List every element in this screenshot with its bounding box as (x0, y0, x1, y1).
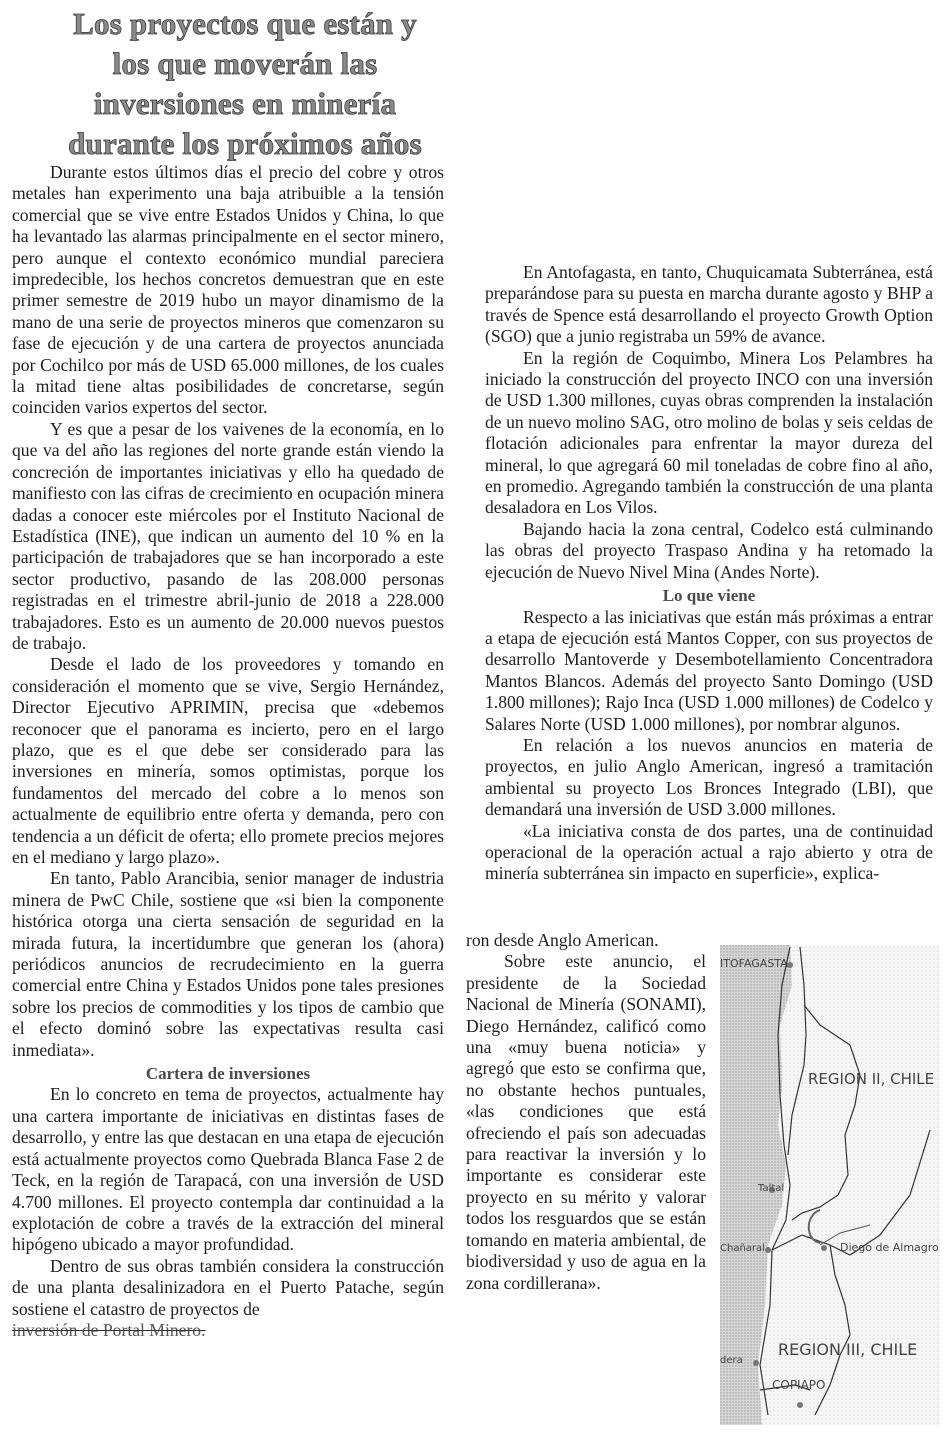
paragraph: En Antofagasta, en tanto, Chuquicamata S… (485, 262, 933, 348)
paragraph: Respecto a las iniciativas que están más… (485, 607, 933, 735)
paragraph: Sobre este anuncio, el presidente de la … (466, 951, 706, 1294)
paragraph: En relación a los nuevos anuncios en mat… (485, 735, 933, 821)
paragraph: Bajando hacia la zona central, Codelco e… (485, 519, 933, 583)
label-diego-de-almagro: Diego de Almagro (840, 1241, 939, 1254)
label-copiapo: COPIAPO (772, 1378, 826, 1392)
label-region-ii: REGION II, CHILE (808, 1070, 934, 1088)
headline-line: Los proyectos que están y (40, 4, 450, 44)
subhead-lo-que-viene: Lo que viene (485, 585, 933, 606)
label-caldera: dera (720, 1355, 743, 1366)
paragraph: Dentro de sus obras también considera la… (12, 1256, 444, 1320)
city-marker (821, 1245, 827, 1251)
city-marker (753, 1360, 759, 1366)
label-chanaral: Chañaral (720, 1243, 765, 1254)
headline: Los proyectos que están y los que moverá… (40, 4, 450, 164)
label-taltal: Taltal (758, 1183, 784, 1194)
headline-line: los que moverán las (40, 44, 450, 84)
struck-line: inversión de Portal Minero. (12, 1320, 444, 1341)
region-map: ITOFAGASTA REGION II, CHILE Taltal Chaña… (720, 945, 940, 1425)
label-antofagasta: ITOFAGASTA (720, 957, 788, 970)
headline-line: durante los próximos años (40, 124, 450, 164)
paragraph: «La iniciativa consta de dos partes, una… (485, 821, 933, 885)
right-column: En Antofagasta, en tanto, Chuquicamata S… (485, 262, 933, 885)
paragraph: En la región de Coquimbo, Minera Los Pel… (485, 348, 933, 519)
label-region-iii: REGION III, CHILE (778, 1340, 917, 1359)
paragraph: Durante estos últimos días el precio del… (12, 162, 444, 419)
right-narrow-column: ron desde Anglo American. Sobre este anu… (466, 930, 706, 1294)
city-marker (797, 1402, 803, 1408)
city-marker (765, 1247, 771, 1253)
paragraph-continuation: ron desde Anglo American. (466, 930, 706, 951)
paragraph: Desde el lado de los proveedores y toman… (12, 654, 444, 868)
subhead-cartera: Cartera de inversiones (12, 1063, 444, 1084)
paragraph: En tanto, Pablo Arancibia, senior manage… (12, 868, 444, 1061)
left-column: Durante estos últimos días el precio del… (12, 162, 444, 1341)
headline-line: inversiones en minería (40, 84, 450, 124)
paragraph: En lo concreto en tema de proyectos, act… (12, 1084, 444, 1255)
paragraph: Y es que a pesar de los vaivenes de la e… (12, 419, 444, 654)
